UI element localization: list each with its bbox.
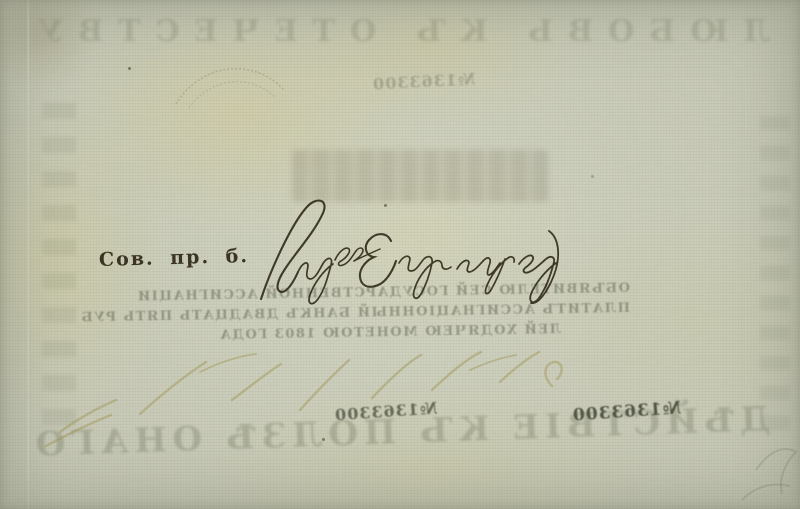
serial-number-top: №1363300 xyxy=(372,69,476,93)
denomination-bleed-patch xyxy=(292,150,548,202)
left-border-watermark-strip xyxy=(42,85,76,425)
right-border-watermark-strip xyxy=(760,100,790,430)
clerk-title-label: Сов. пр. б. xyxy=(99,245,249,271)
emblem-arc-bleed xyxy=(176,69,284,108)
paper-speck xyxy=(591,175,594,178)
obverse-text-bleed: ОБЪЯВИТЕЛЮ СЕЙ ГОСУДАРСТВЕННОЙ АССИГНАЦІ… xyxy=(150,283,630,343)
paper-speck xyxy=(128,67,131,70)
paper-speck xyxy=(322,438,325,441)
crease-line xyxy=(26,0,30,509)
watermark-top-text: ЛЮБОВЬ КЪ ОТЕЧЕСТВУ xyxy=(30,14,770,49)
paper-speck xyxy=(384,204,387,207)
corner-ornament-bleed xyxy=(742,449,796,500)
banknote-reverse-scan: ЛЮБОВЬ КЪ ОТЕЧЕСТВУ ДѢЙСТВІЕ КЪ ПОЛЗѢ ОН… xyxy=(0,0,800,509)
